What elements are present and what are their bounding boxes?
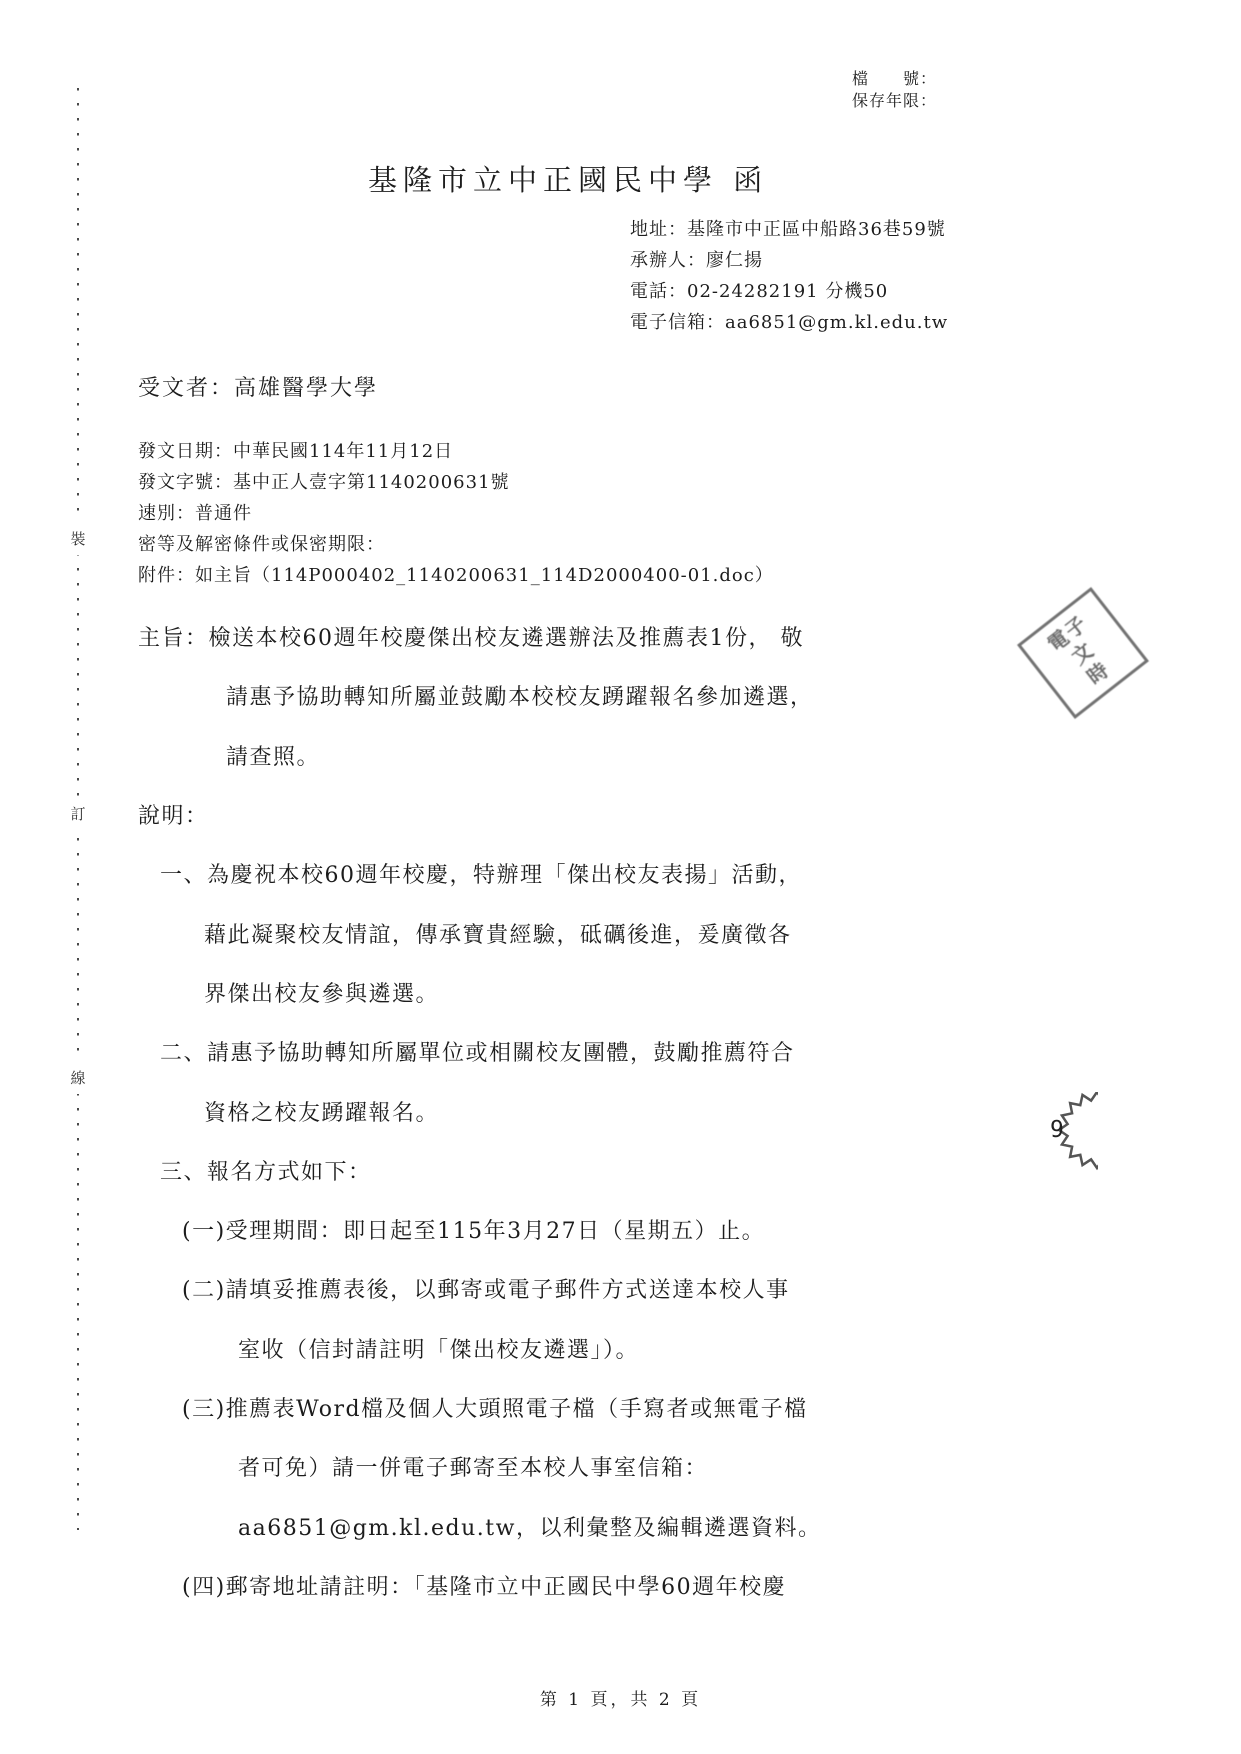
page-footer: 第 1 頁，共 2 頁 bbox=[0, 1685, 1241, 1710]
electronic-exchange-stamp: 電子 文 時 bbox=[1022, 592, 1147, 717]
sender-contact-person: 承辦人：廖仁揚 bbox=[630, 245, 948, 276]
item-3-4-line-1: (四)郵寄地址請註明：「基隆市立中正國民中學60週年校慶 bbox=[138, 1556, 1098, 1615]
retention-period-label: 保存年限： bbox=[852, 90, 937, 112]
seal-page-number: 9 bbox=[1050, 1117, 1064, 1143]
item-2-line-2: 資格之校友踴躍報名。 bbox=[138, 1081, 1098, 1140]
security-level: 密等及解密條件或保密期限： bbox=[138, 529, 774, 560]
subject-line-1: 主旨：檢送本校60週年校慶傑出校友遴選辦法及推薦表1份， 敬 bbox=[138, 607, 1098, 666]
item-3-1: (一)受理期間：即日起至115年3月27日（星期五）止。 bbox=[138, 1200, 1098, 1259]
document-title: 基隆市立中正國民中學 函 bbox=[368, 158, 768, 199]
issue-number: 發文字號：基中正人壹字第1140200631號 bbox=[138, 467, 774, 498]
archive-label-block: 檔 號： 保存年限： bbox=[852, 68, 937, 112]
explanation-heading: 說明： bbox=[138, 785, 1098, 844]
issue-date: 發文日期：中華民國114年11月12日 bbox=[138, 436, 774, 467]
sender-email: 電子信箱：aa6851@gm.kl.edu.tw bbox=[630, 307, 948, 338]
item-3-3-line-1: (三)推薦表Word檔及個人大頭照電子檔（手寫者或無電子檔 bbox=[138, 1378, 1098, 1437]
binding-mark-ding: 訂 bbox=[68, 797, 88, 830]
attachment-note: 附件：如主旨（114P000402_1140200631_114D2000400… bbox=[138, 560, 774, 591]
binding-mark-zhuang: 裝 bbox=[68, 522, 88, 555]
binding-mark-xian: 線 bbox=[68, 1061, 88, 1094]
item-3-heading: 三、報名方式如下： bbox=[138, 1141, 1098, 1200]
item-3-3-line-2: 者可免）請一併電子郵寄至本校人事室信箱： bbox=[138, 1437, 1098, 1496]
item-3-2-line-1: (二)請填妥推薦表後，以郵寄或電子郵件方式送達本校人事 bbox=[138, 1259, 1098, 1318]
item-2-line-1: 二、請惠予協助轉知所屬單位或相關校友團體，鼓勵推薦符合 bbox=[138, 1022, 1098, 1081]
recipient-line: 受文者：高雄醫學大學 bbox=[138, 371, 378, 402]
item-1-line-3: 界傑出校友參與遴選。 bbox=[138, 963, 1098, 1022]
sender-phone: 電話：02-24282191 分機50 bbox=[630, 276, 948, 307]
electronic-exchange-stamp-box: 電子 文 時 bbox=[1017, 587, 1149, 719]
item-1-line-2: 藉此凝聚校友情誼，傳承寶貴經驗，砥礪後進，爰廣徵各 bbox=[138, 903, 1098, 962]
subject-line-3: 請查照。 bbox=[138, 726, 1098, 785]
sender-info-block: 地址：基隆市中正區中船路36巷59號 承辦人：廖仁揚 電話：02-2428219… bbox=[630, 214, 948, 338]
document-page: 檔 號： 保存年限： 基隆市立中正國民中學 函 地址：基隆市中正區中船路36巷5… bbox=[0, 0, 1241, 1754]
item-1-line-1: 一、為慶祝本校60週年校慶，特辦理「傑出校友表揚」活動， bbox=[138, 844, 1098, 903]
speed-class: 速別：普通件 bbox=[138, 498, 774, 529]
doc-meta-block: 發文日期：中華民國114年11月12日 發文字號：基中正人壹字第11402006… bbox=[138, 436, 774, 591]
subject-line-2: 請惠予協助轉知所屬並鼓勵本校校友踴躍報名參加遴選， bbox=[138, 666, 1098, 725]
item-3-2-line-2: 室收（信封請註明「傑出校友遴選」）。 bbox=[138, 1319, 1098, 1378]
letter-body: 主旨：檢送本校60週年校慶傑出校友遴選辦法及推薦表1份， 敬 請惠予協助轉知所屬… bbox=[138, 607, 1098, 1615]
item-3-3-line-3-email: aa6851@gm.kl.edu.tw，以利彙整及編輯遴選資料。 bbox=[138, 1496, 1098, 1555]
sender-address: 地址：基隆市中正區中船路36巷59號 bbox=[630, 214, 948, 245]
file-number-label: 檔 號： bbox=[852, 68, 937, 90]
